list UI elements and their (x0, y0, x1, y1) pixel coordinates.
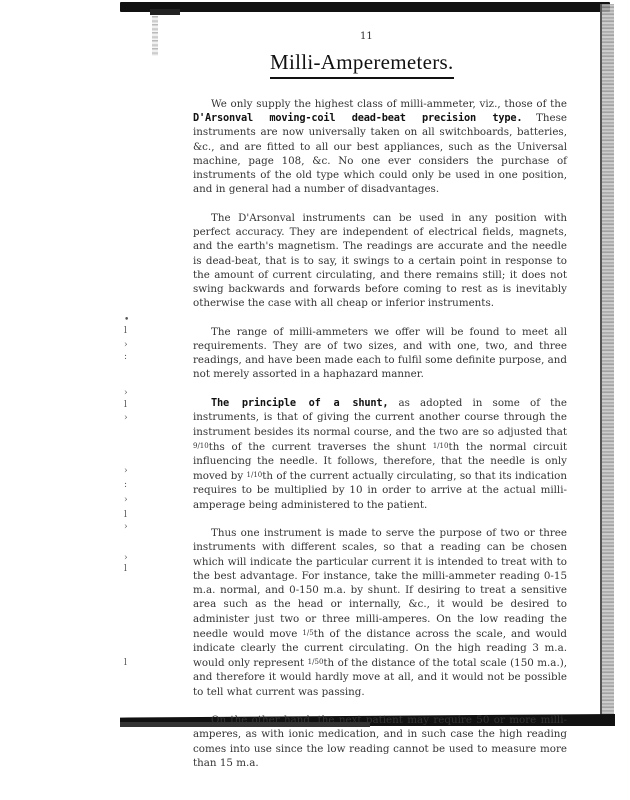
scan-right-edge-line (600, 4, 602, 724)
margin-mark: l (124, 326, 127, 336)
fraction-one-tenth: 1/10 (247, 471, 263, 479)
margin-mark: l (124, 510, 127, 520)
scan-top-border (120, 2, 610, 12)
margin-mark: : (124, 352, 127, 362)
fraction-nine-tenths: 9/10 (193, 442, 209, 450)
scales-text-a: Thus one instrument is made to serve the… (193, 527, 567, 639)
paragraph-scales: Thus one instrument is made to serve the… (193, 526, 567, 698)
margin-mark: • (124, 315, 129, 325)
fraction-one-tenth: 1/10 (433, 442, 449, 450)
page-number: 11 (360, 31, 373, 42)
body-text: We only supply the highest class of mill… (193, 97, 567, 785)
intro-text-a: We only supply the highest class of mill… (211, 98, 567, 110)
paragraph-intro: We only supply the highest class of mill… (193, 97, 567, 196)
scan-right-binding-edge (600, 4, 614, 724)
shunt-text-b: ths of the current traverses the shunt (209, 441, 433, 453)
intro-text-b: These instruments are now universally ta… (193, 112, 567, 195)
margin-mark: › (124, 340, 128, 350)
intro-bold-type: D'Arsonval moving-coil dead-beat precisi… (193, 112, 522, 124)
margin-mark: l (124, 400, 127, 410)
margin-mark: › (124, 388, 128, 398)
margin-mark: › (124, 553, 128, 563)
left-margin-marks: •l›:›l››:›l››ll (120, 0, 134, 800)
paragraph-shunt: The principle of a shunt, as adopted in … (193, 396, 567, 512)
shunt-bold-heading: The principle of a shunt, (211, 397, 388, 409)
margin-mark: › (124, 466, 128, 476)
margin-mark: › (124, 495, 128, 505)
margin-mark: › (124, 522, 128, 532)
scan-left-specks (152, 16, 158, 56)
page-title: Milli-Amperemeters. (270, 50, 454, 79)
paragraph-range: The range of milli-ammeters we offer wil… (193, 325, 567, 382)
margin-mark: l (124, 658, 127, 668)
paragraph-other-hand: On the other hand, the next patient may … (193, 713, 567, 770)
margin-mark: : (124, 480, 127, 490)
scanned-page: •l›:›l››:›l››ll 11 Milli-Amperemeters. W… (0, 0, 630, 800)
margin-mark: › (124, 413, 128, 423)
scan-top-border-tail (150, 9, 180, 15)
margin-mark: l (124, 564, 127, 574)
fraction-one-fifth: 1/5 (302, 629, 313, 637)
fraction-one-fiftieth: 1/50 (308, 658, 324, 666)
paragraph-darsonval: The D'Arsonval instruments can be used i… (193, 211, 567, 310)
